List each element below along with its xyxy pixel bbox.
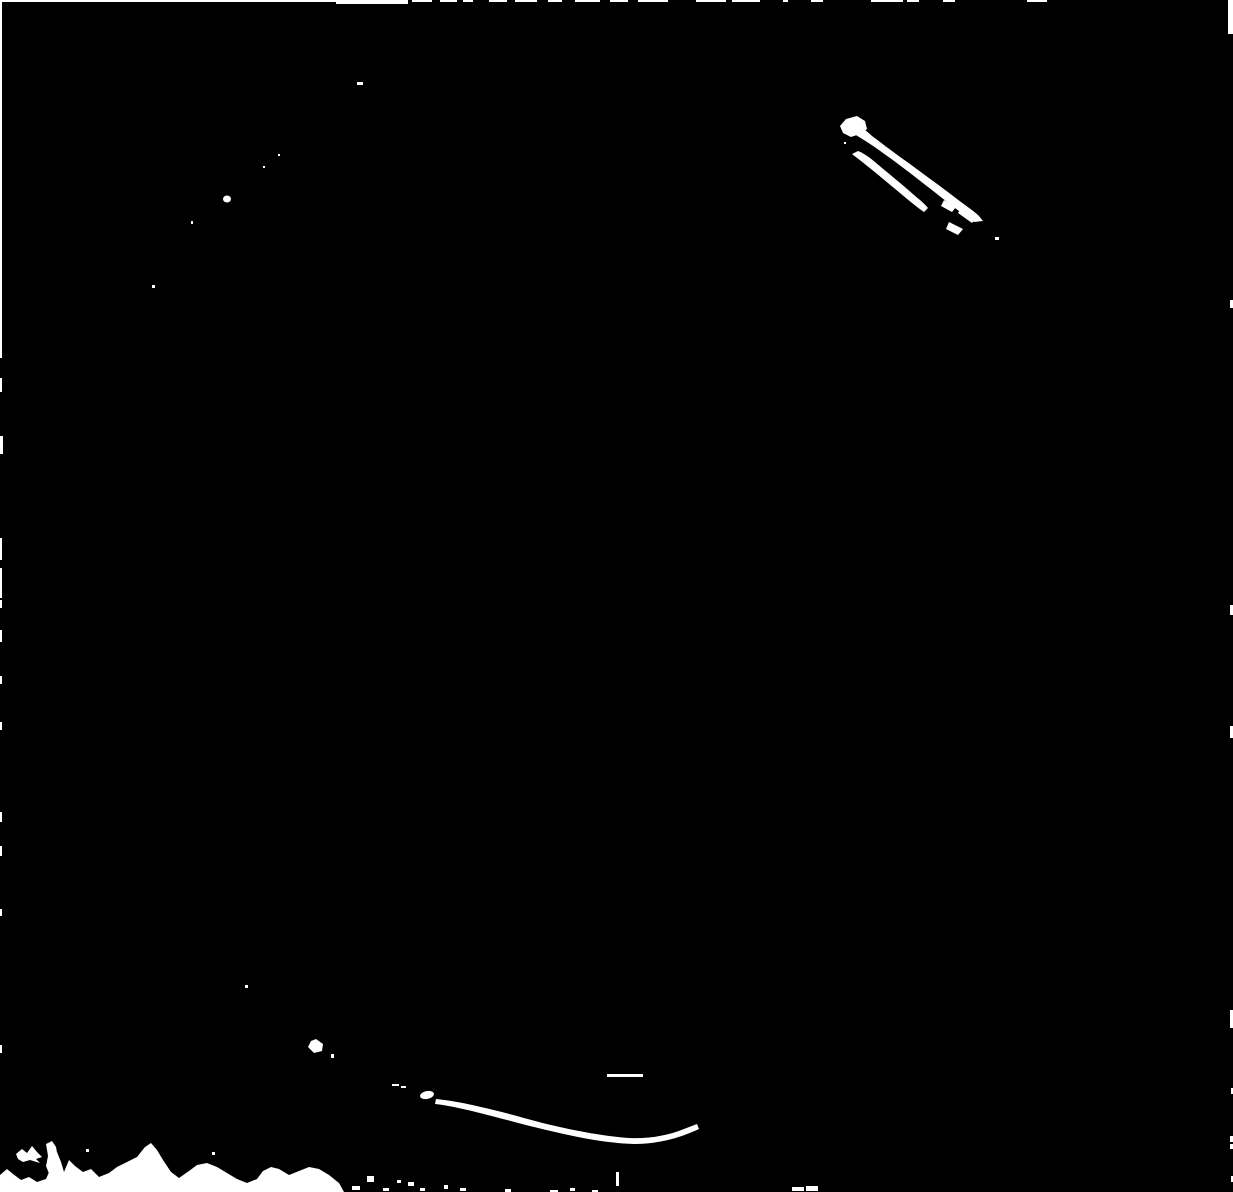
bottom-noise-bit [383, 1188, 389, 1191]
top-border-dash [489, 0, 507, 2]
top-border-line-thick [336, 0, 408, 4]
left-border-tick [0, 436, 3, 454]
binary-image-stage [0, 0, 1233, 1192]
top-border-dash [515, 0, 537, 2]
top-border-dash [463, 0, 473, 2]
top-border-dash [440, 0, 457, 2]
speck [995, 237, 999, 240]
speck [86, 1149, 89, 1152]
left-border-tick [0, 722, 2, 730]
bottom-noise-bit [460, 1188, 466, 1191]
binary-image-canvas [0, 0, 1233, 1192]
left-border-tick [0, 909, 2, 916]
speck [357, 82, 363, 85]
top-border-dash [732, 0, 760, 2]
top-border-dash [1027, 0, 1047, 2]
right-border-tick [1228, 0, 1233, 34]
top-border-dash [943, 0, 955, 2]
left-border-tick [0, 568, 2, 598]
bottom-noise-bit [397, 1180, 401, 1183]
speck [401, 1086, 406, 1088]
bottom-noise-bit [408, 1182, 414, 1186]
top-border-dash [412, 0, 432, 2]
bottom-noise-bit [616, 1172, 619, 1186]
bottom-noise-bit [420, 1188, 425, 1191]
bottom-noise-bit [444, 1185, 448, 1189]
image-background [0, 0, 1233, 1192]
speck [278, 154, 280, 156]
bottom-noise-bit [367, 1176, 374, 1182]
speck [212, 1152, 215, 1155]
horizontal-dash [607, 1074, 643, 1077]
speck [152, 285, 155, 288]
top-border-dash [696, 0, 726, 2]
left-border-tick [0, 676, 2, 684]
left-border-tick [0, 378, 2, 392]
left-border-tick [0, 812, 2, 822]
left-border-tick [0, 630, 2, 642]
top-border-line [0, 0, 336, 2]
speck [245, 985, 248, 988]
speck [263, 166, 265, 168]
speck [392, 1084, 399, 1086]
left-border-tick [0, 538, 2, 560]
bottom-noise-bit [352, 1186, 360, 1190]
bottom-noise-bit [806, 1186, 818, 1191]
bottom-noise-bit [570, 1188, 575, 1191]
speck [844, 142, 846, 144]
top-border-dash [610, 0, 628, 2]
top-border-dash [575, 0, 600, 2]
top-border-dash [638, 0, 668, 2]
top-border-dash [783, 0, 788, 2]
speck-blob [223, 196, 231, 203]
top-border-dash [548, 0, 562, 2]
speck [331, 1054, 334, 1058]
left-border-tick [0, 846, 2, 856]
left-border-tick [0, 1045, 2, 1053]
left-border-tick [0, 600, 2, 608]
bottom-noise-bit [792, 1187, 804, 1191]
top-border-dash [811, 0, 823, 2]
top-border-dash [871, 0, 903, 2]
top-border-dash [907, 0, 919, 2]
left-border-line [0, 0, 2, 358]
speck [191, 221, 193, 224]
